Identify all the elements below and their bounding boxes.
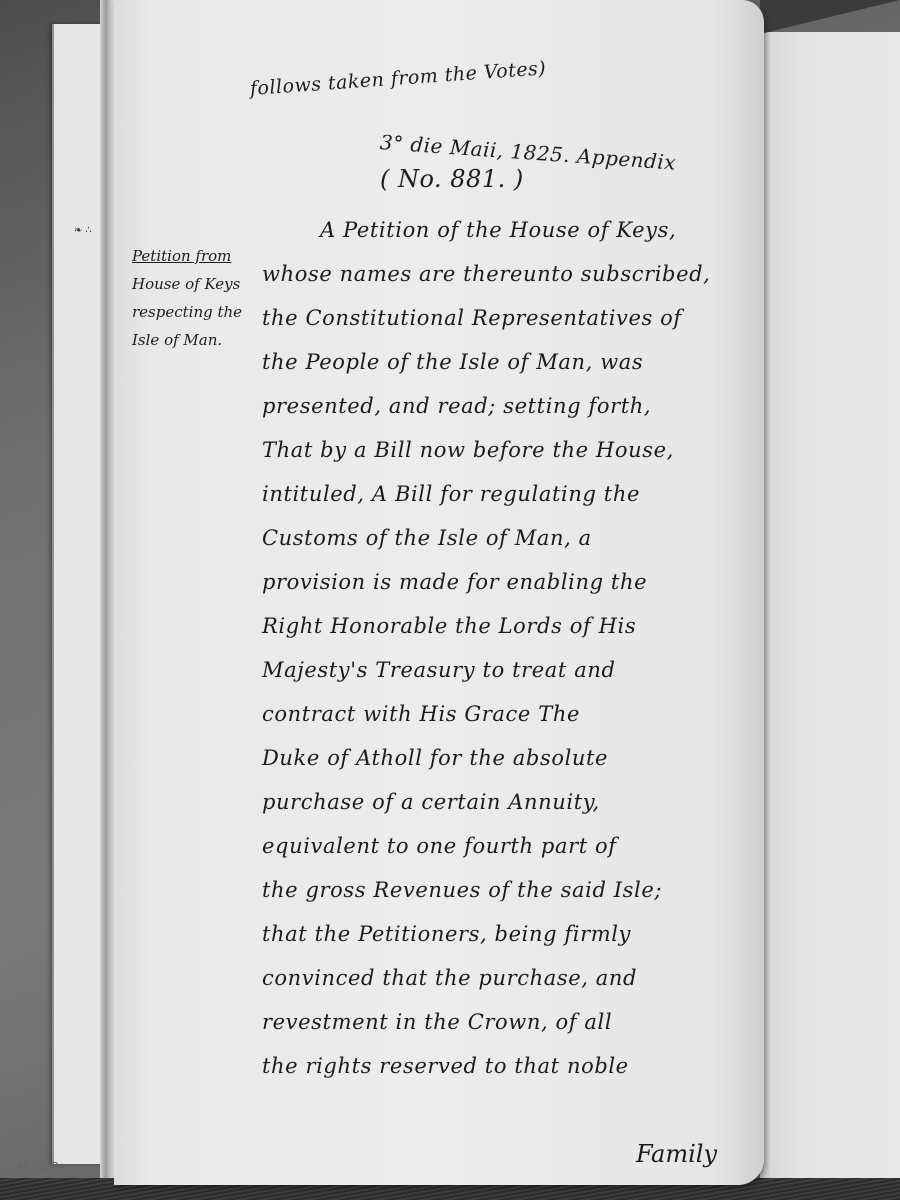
facing-page: [760, 32, 900, 1200]
body-line: convinced that the purchase, and: [262, 956, 772, 1000]
body-line: Duke of Atholl for the absolute: [262, 736, 772, 780]
binding-edge: [100, 0, 114, 1180]
margin-note-line: respecting the: [132, 298, 282, 326]
margin-note: Petition from House of Keys respecting t…: [132, 242, 282, 354]
body-line: Majesty's Treasury to treat and: [262, 648, 772, 692]
margin-note-line: Isle of Man.: [132, 326, 282, 354]
body-line: Right Honorable the Lords of His: [262, 604, 772, 648]
body-line: Customs of the Isle of Man, a: [262, 516, 772, 560]
body-line: the Constitutional Representatives of: [262, 296, 772, 340]
petition-body: A Petition of the House of Keys, whose n…: [262, 208, 772, 1088]
page-stamp: H BR: [18, 1160, 63, 1174]
body-line: intituled, A Bill for regulating the: [262, 472, 772, 516]
margin-note-line: Petition from: [132, 242, 282, 270]
body-line: the rights reserved to that noble: [262, 1044, 772, 1088]
entry-number: ( No. 881. ): [380, 165, 524, 193]
body-line: equivalent to one fourth part of: [262, 824, 772, 868]
body-line: purchase of a certain Annuity,: [262, 780, 772, 824]
body-line: the gross Revenues of the said Isle;: [262, 868, 772, 912]
body-line: that the Petitioners, being firmly: [262, 912, 772, 956]
body-line: provision is made for enabling the: [262, 560, 772, 604]
body-line: the People of the Isle of Man, was: [262, 340, 772, 384]
body-line: A Petition of the House of Keys,: [262, 208, 772, 252]
margin-note-line: House of Keys: [132, 270, 282, 298]
body-line: That by a Bill now before the House,: [262, 428, 772, 472]
body-line: presented, and read; setting forth,: [262, 384, 772, 428]
margin-mark: ❧ ∴: [74, 225, 92, 237]
body-line: whose names are thereunto subscribed,: [262, 252, 772, 296]
body-line: contract with His Grace The: [262, 692, 772, 736]
catchword: Family: [636, 1140, 717, 1168]
body-line: revestment in the Crown, of all: [262, 1000, 772, 1044]
